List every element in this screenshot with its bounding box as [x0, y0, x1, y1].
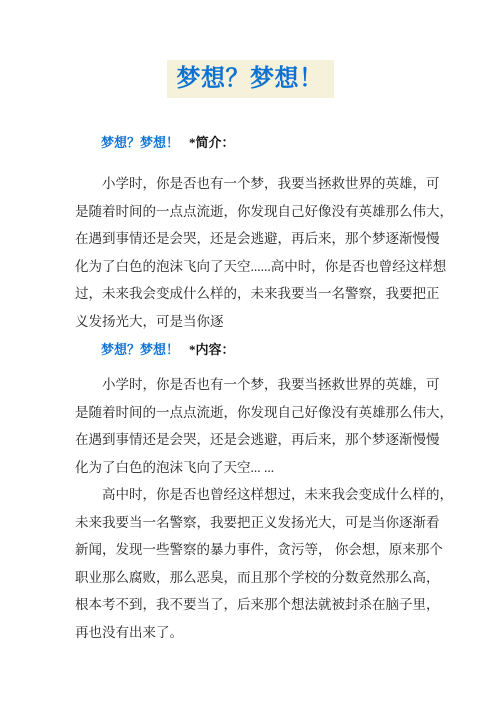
body-line: 在遇到事情还是会哭，还是会逃避，再后来，那个梦逐渐慢慢 [75, 225, 460, 253]
body-line: 化为了白色的泡沫飞向了天空......高中时，你是否也曾经这样想 [75, 253, 460, 281]
body-line: 在遇到事情还是会哭，还是会逃避，再后来，那个梦逐渐慢慢 [75, 426, 460, 454]
paragraph-content-2: 高中时，你是否也曾经这样想过，未来我会变成什么样的， 未来我要当一名警察，我要把… [75, 481, 460, 646]
body-line: 未来我要当一名警察，我要把正义发扬光大，可是当你逐渐看 [75, 509, 460, 537]
body-line: 根本考不到，我不要当了，后来那个想法就被封杀在脑子里， [75, 591, 460, 619]
section-label-blue-text: 梦想？梦想！ [101, 342, 179, 357]
body-line: 是随着时间的一点点流逝，你发现自己好像没有英雄那么伟大， [75, 198, 460, 226]
body-line: 职业那么腐败，那么恶臭，而且那个学校的分数竟然那么高， [75, 564, 460, 592]
body-line: 过，未来我会变成什么样的，未来我要当一名警察，我要把正 [75, 280, 460, 308]
title-row: 梦想？梦想！ [0, 60, 500, 98]
body-line: 化为了白色的泡沫飞向了天空... ... [75, 454, 460, 482]
body-line: 小学时，你是否也有一个梦，我要当拯救世界的英雄，可 [75, 371, 460, 399]
section-label-black-text: *内容： [189, 342, 235, 357]
body-line: 是随着时间的一点点流逝，你发现自己好像没有英雄那么伟大， [75, 399, 460, 427]
body-line: 新闻，发现一些警察的暴力事件，贪污等， 你会想，原来那个 [75, 536, 460, 564]
body-line: 小学时，你是否也有一个梦，我要当拯救世界的英雄，可 [75, 170, 460, 198]
body-line: 高中时，你是否也曾经这样想过，未来我会变成什么样的， [75, 481, 460, 509]
body-line: 再也没有出来了。 [75, 619, 460, 647]
paragraph-intro: 小学时，你是否也有一个梦，我要当拯救世界的英雄，可 是随着时间的一点点流逝，你发… [75, 170, 460, 335]
section-label-content: 梦想？梦想！*内容： [101, 340, 235, 360]
document-page: 梦想？梦想！ 梦想？梦想！*简介： 小学时，你是否也有一个梦，我要当拯救世界的英… [0, 0, 500, 708]
section-label-black-text: *简介： [189, 135, 235, 150]
page-title: 梦想？梦想！ [167, 60, 334, 98]
body-line: 义发扬光大，可是当你逐 [75, 308, 460, 336]
section-label-intro: 梦想？梦想！*简介： [101, 133, 235, 153]
paragraph-content-1: 小学时，你是否也有一个梦，我要当拯救世界的英雄，可 是随着时间的一点点流逝，你发… [75, 371, 460, 481]
section-label-blue-text: 梦想？梦想！ [101, 135, 179, 150]
